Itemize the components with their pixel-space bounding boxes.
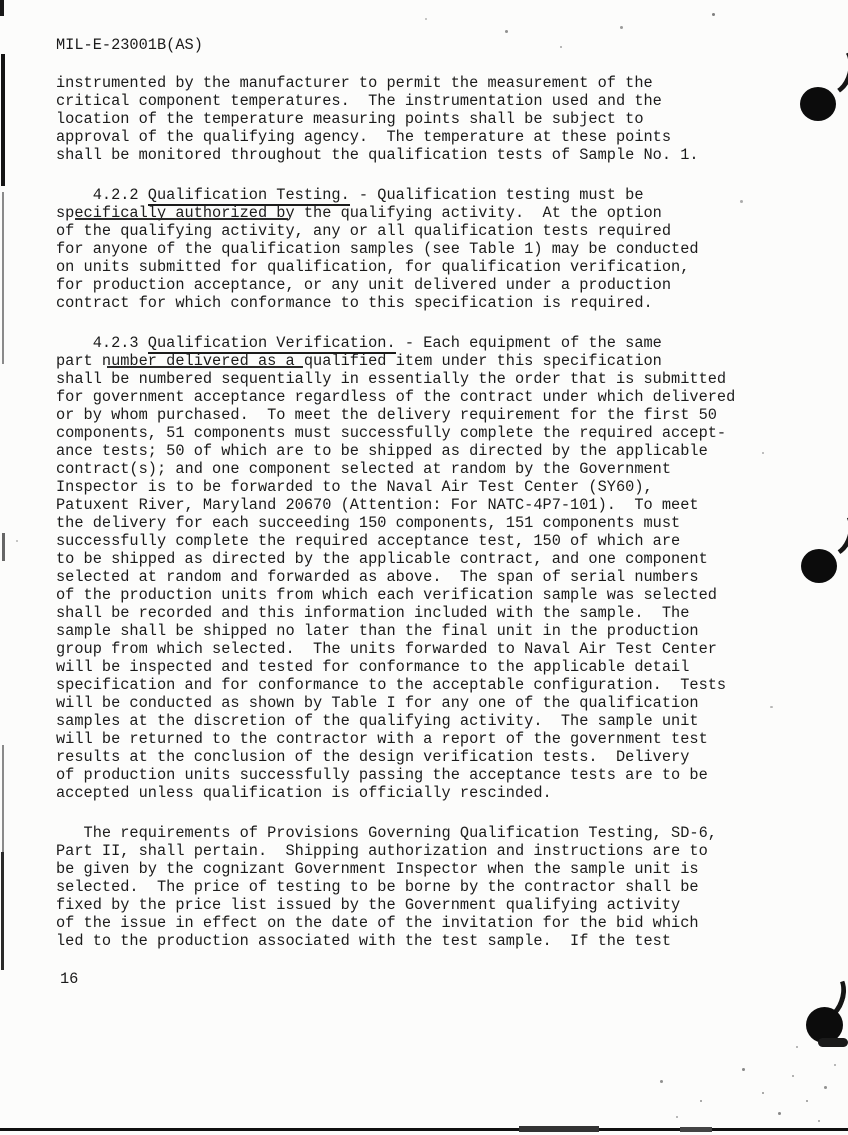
section-heading-4-2-3: Qualification Verification. xyxy=(148,334,396,354)
page-bottom-edge-blob xyxy=(519,1126,599,1132)
scan-speckle xyxy=(778,1112,781,1115)
scan-speckle xyxy=(806,1100,808,1102)
double-strike-underline-artifact xyxy=(75,218,288,220)
section-heading-4-2-2: Qualification Testing. xyxy=(148,186,350,206)
section-number-4-2-3: 4.2.3 xyxy=(56,334,148,352)
section-number-4-2-2: 4.2.2 xyxy=(56,186,148,204)
paragraph-4-2-2: 4.2.2 Qualification Testing. - Qualifica… xyxy=(56,186,816,312)
scan-speckle xyxy=(818,1120,820,1122)
page-edge-line xyxy=(1,54,5,186)
scan-speckle xyxy=(824,1086,827,1089)
scan-speckle xyxy=(16,540,18,542)
page-edge-line xyxy=(0,0,4,16)
doc-body: instrumented by the manufacturer to perm… xyxy=(56,74,816,972)
section-text-4-2-3: - Each equipment of the same part number… xyxy=(56,334,735,802)
corner-smudge xyxy=(818,1038,848,1047)
scan-speckle xyxy=(700,1100,702,1102)
page-edge-line xyxy=(1,852,4,970)
document-page: MIL-E-23001B(AS) instrumented by the man… xyxy=(0,0,848,1135)
paragraph-4-2-3: 4.2.3 Qualification Verification. - Each… xyxy=(56,334,816,802)
paragraph-provisions: The requirements of Provisions Governing… xyxy=(56,824,816,950)
double-strike-underline-artifact xyxy=(107,366,303,368)
scan-speckle xyxy=(660,1080,663,1083)
scan-speckle xyxy=(834,1064,836,1066)
section-text-4-2-2: - Qualification testing must be specific… xyxy=(56,186,699,312)
scan-speckle xyxy=(770,706,773,708)
scan-speckle xyxy=(740,200,743,203)
paragraph-intro: instrumented by the manufacturer to perm… xyxy=(56,74,816,164)
scan-speckle xyxy=(712,13,715,16)
doc-number: MIL-E-23001B(AS) xyxy=(56,36,203,54)
page-edge-line xyxy=(2,192,4,364)
punch-hole-dot-top xyxy=(800,87,836,121)
scan-speckle xyxy=(560,46,562,48)
page-number: 16 xyxy=(60,970,78,988)
page-bottom-edge-blob xyxy=(680,1127,712,1132)
scan-speckle xyxy=(620,26,623,29)
scan-speckle xyxy=(792,1075,794,1077)
scan-speckle xyxy=(762,1092,764,1094)
scan-speckle xyxy=(425,18,427,20)
page-edge-line xyxy=(2,745,4,855)
scan-speckle xyxy=(505,30,508,33)
punch-hole-dot-middle xyxy=(801,549,837,583)
page-bottom-edge-line xyxy=(0,1128,848,1131)
scan-speckle xyxy=(762,452,764,454)
page-edge-line xyxy=(2,533,5,561)
scan-speckle xyxy=(796,1046,798,1048)
scan-speckle xyxy=(676,1116,678,1118)
scan-speckle xyxy=(742,1068,745,1071)
